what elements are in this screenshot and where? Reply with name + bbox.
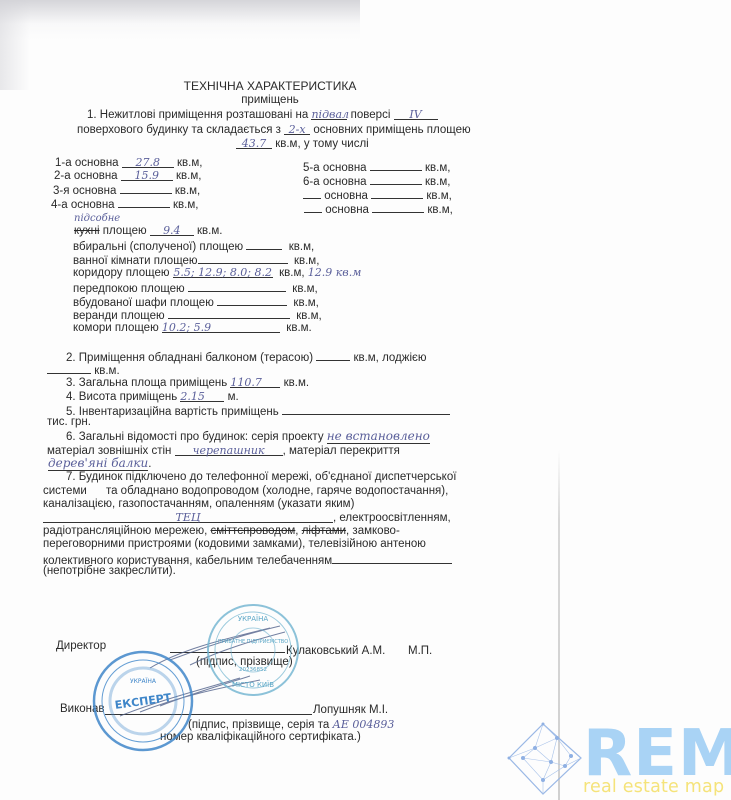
svg-text:МІСТО КИЇВ: МІСТО КИЇВ [232,680,274,689]
stamp-top-text: УКРАЇНА [238,614,269,623]
round-stamp-company: УКРАЇНА ПРИВАТНЕ ПІДПРИЄМСТВО 20236852 М… [206,603,300,697]
svg-text:ПРИВАТНЕ ПІДПРИЄМСТВО: ПРИВАТНЕ ПІДПРИЄМСТВО [218,639,288,645]
watermark-tagline: real estate map [583,778,724,796]
rem-logo-icon [505,722,585,798]
round-stamp-expert: УКРАЇНА ЕКСПЕРТ [92,650,194,752]
expert-stamp-label: ЕКСПЕРТ [114,691,173,712]
svg-text:УКРАЇНА: УКРАЇНА [130,678,157,685]
svg-text:20236852: 20236852 [239,667,267,673]
